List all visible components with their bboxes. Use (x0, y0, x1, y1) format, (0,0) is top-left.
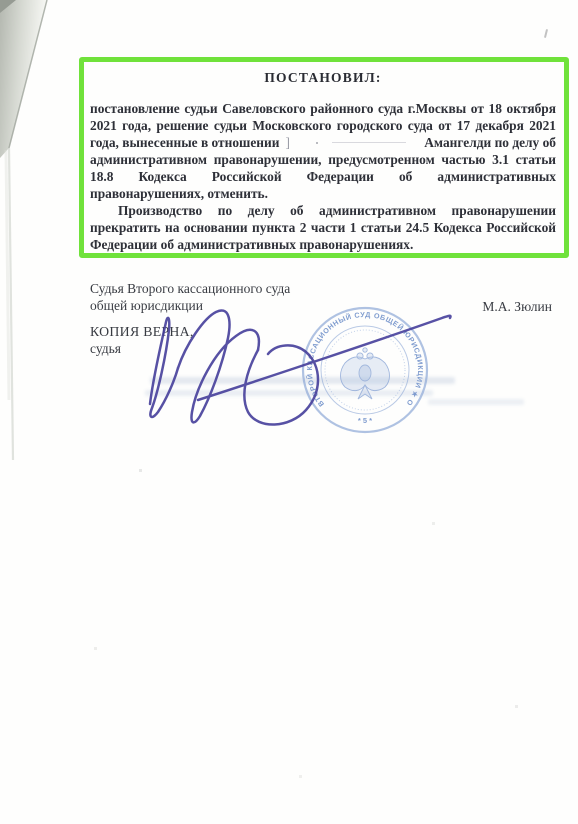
resolution-line: 18.8 Кодекса Российской Федерации об адм… (90, 168, 556, 185)
resolution-line: административном правонарушении, предусм… (90, 151, 556, 168)
judge-name: М.А. Зюлин (482, 299, 552, 315)
page-corner-fold-artifact (0, 0, 60, 480)
resolution-section: ПОСТАНОВИЛ: постановление судьи Савеловс… (90, 70, 556, 253)
resolution-line-redacted-name: года, вынесенные в отношении ] Амангелди… (90, 134, 556, 151)
resolution-line: 2021 года, решение судьи Московского гор… (90, 117, 556, 134)
redacted-line-left-text: года, вынесенные в отношении (90, 134, 279, 151)
redacted-line-right-text: Амангелди по делу об (424, 134, 556, 151)
redaction-bracket-mark: ] (285, 134, 289, 151)
scanned-court-document-page: ПОСТАНОВИЛ: постановление судьи Савеловс… (0, 0, 578, 824)
resolution-line: постановление судьи Савеловского районно… (90, 100, 556, 117)
scan-noise-specks (0, 0, 1, 1)
resolution-line: прекратить на основании пункта 2 части 1… (90, 219, 556, 236)
resolution-line: Производство по делу об административном… (90, 202, 556, 219)
handwritten-signature (130, 300, 470, 440)
resolution-line: правонарушениях, отменить. (90, 185, 556, 202)
pen-tick-mark (544, 29, 548, 38)
resolution-heading: ПОСТАНОВИЛ: (90, 70, 556, 86)
resolution-line: Федерации об административных правонаруш… (90, 236, 556, 253)
